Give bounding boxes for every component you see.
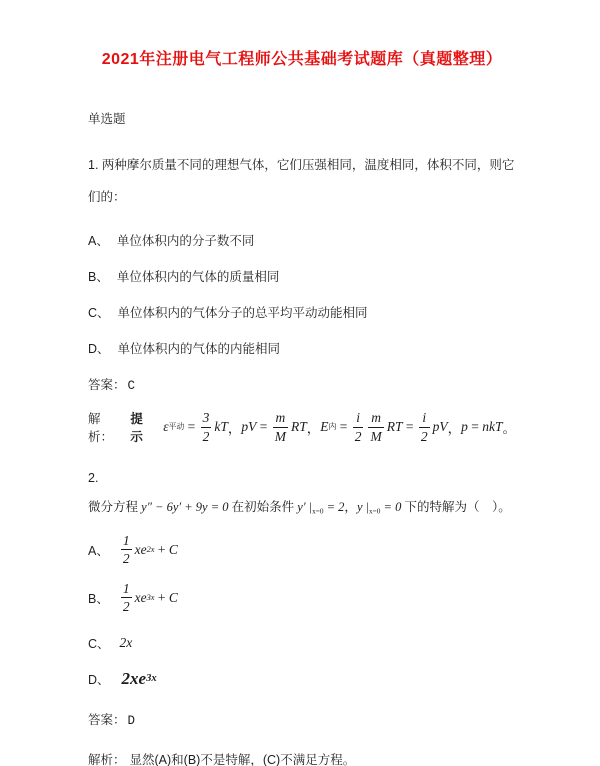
question-1-option-b: B、 单位体积内的气体的质量相同 <box>88 267 516 285</box>
option-text: 单位体积内的气体分子的总平均平动动能相同 <box>118 303 368 321</box>
option-math: 2xe3x <box>122 669 157 689</box>
option-math: 12xe3x + C <box>119 582 178 614</box>
option-math: 2x <box>120 635 133 651</box>
option-text: 单位体积内的气体的内能相同 <box>118 339 281 357</box>
analysis-label: 解析： <box>88 409 122 445</box>
question-1-text: 1. 两种摩尔质量不同的理想气体，它们压强相同，温度相同，体积不同，则它们的： <box>88 149 516 213</box>
question-2-answer: 答案：D <box>88 710 516 728</box>
analysis-label: 解析： <box>88 753 126 766</box>
option-key: C、 <box>88 634 110 652</box>
question-1-analysis: 解析： 提示 ε平动 = 32kT，pV = mMRT，E内 = i2mMRT … <box>88 409 516 445</box>
section-label: 单选题 <box>88 109 516 127</box>
question-2-analysis: 解析：显然(A)和(B)不是特解，(C)不满足方程。 <box>88 750 516 766</box>
question-1-formula: ε平动 = 32kT，pV = mMRT，E内 = i2mMRT = i2pV，… <box>163 411 516 443</box>
answer-label: 答案： <box>88 713 126 727</box>
question-2-option-b: B、 12xe3x + C <box>88 580 516 616</box>
option-key: D、 <box>88 339 110 357</box>
answer-value: C <box>128 379 136 393</box>
answer-label: 答案： <box>88 378 126 392</box>
answer-value: D <box>128 714 136 728</box>
question-2-number: 2. <box>88 471 516 485</box>
document-title: 2021年注册电气工程师公共基础考试题库（真题整理） <box>88 46 516 69</box>
question-1-body: 两种摩尔质量不同的理想气体，它们压强相同，温度相同，体积不同，则它们的： <box>88 158 514 204</box>
question-2-formula: 微分方程 y″ − 6y′ + 9y = 0 在初始条件 y′ |x=0 = 2… <box>88 500 511 514</box>
option-key: B、 <box>88 589 109 607</box>
question-2-option-c: C、 2x <box>88 634 516 652</box>
question-2-text: 微分方程 y″ − 6y′ + 9y = 0 在初始条件 y′ |x=0 = 2… <box>88 497 516 516</box>
question-1-answer: 答案：C <box>88 375 516 393</box>
hint-label: 提示 <box>130 409 153 445</box>
option-key: B、 <box>88 267 109 285</box>
question-1-option-c: C、 单位体积内的气体分子的总平均平动动能相同 <box>88 303 516 321</box>
option-key: C、 <box>88 303 110 321</box>
option-key: D、 <box>88 670 110 688</box>
question-1-number: 1. <box>88 158 98 172</box>
option-key: A、 <box>88 541 109 559</box>
document-page: 2021年注册电气工程师公共基础考试题库（真题整理） 单选题 1. 两种摩尔质量… <box>0 0 600 766</box>
question-2-option-d: D、 2xe3x <box>88 666 516 692</box>
option-key: A、 <box>88 231 109 249</box>
question-1-option-a: A、 单位体积内的分子数不同 <box>88 231 516 249</box>
analysis-text: 显然(A)和(B)不是特解，(C)不满足方程。 <box>130 753 356 766</box>
option-text: 单位体积内的气体的质量相同 <box>117 267 280 285</box>
question-1-option-d: D、 单位体积内的气体的内能相同 <box>88 339 516 357</box>
option-text: 单位体积内的分子数不同 <box>117 231 255 249</box>
option-math: 12xe2x + C <box>119 534 178 566</box>
question-2-option-a: A、 12xe2x + C <box>88 532 516 568</box>
